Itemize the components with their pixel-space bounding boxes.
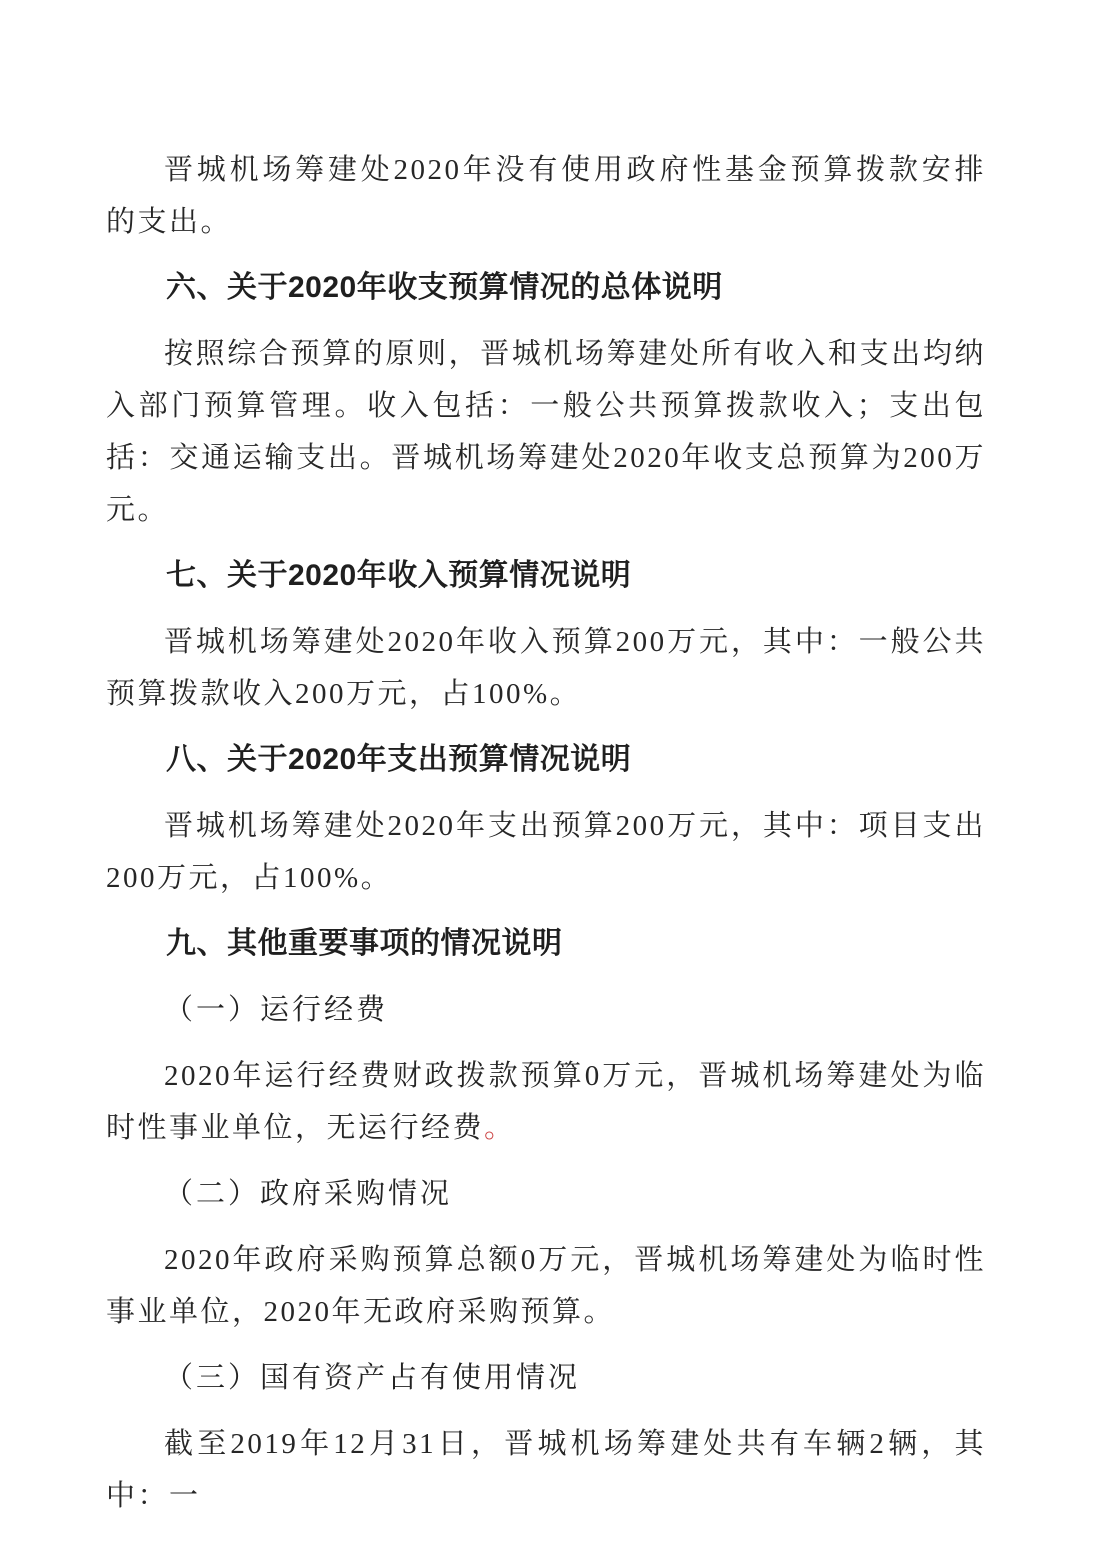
body-paragraph-operating-funds: 2020年运行经费财政拨款预算0万元，晋城机场筹建处为临时性事业单位，无运行经费… bbox=[106, 1050, 986, 1154]
body-paragraph-state-assets: 截至2019年12月31日，晋城机场筹建处共有车辆2辆，其中：一 bbox=[106, 1418, 986, 1522]
sub-heading-operating-funds: （一）运行经费 bbox=[106, 984, 986, 1036]
body-paragraph-government-procurement: 2020年政府采购预算总额0万元，晋城机场筹建处为临时性事业单位，2020年无政… bbox=[106, 1234, 986, 1338]
body-paragraph-expenditure-budget: 晋城机场筹建处2020年支出预算200万元，其中：项目支出200万元，占100%… bbox=[106, 800, 986, 904]
document-page: 晋城机场筹建处2020年没有使用政府性基金预算拨款安排的支出。 六、关于2020… bbox=[0, 0, 1100, 1555]
red-full-stop: 。 bbox=[484, 1112, 516, 1144]
section-heading-7: 七、关于2020年收入预算情况说明 bbox=[106, 550, 986, 602]
body-paragraph-gov-fund: 晋城机场筹建处2020年没有使用政府性基金预算拨款安排的支出。 bbox=[106, 144, 986, 248]
section-heading-6: 六、关于2020年收支预算情况的总体说明 bbox=[106, 262, 986, 314]
section-heading-8: 八、关于2020年支出预算情况说明 bbox=[106, 734, 986, 786]
section-heading-9: 九、其他重要事项的情况说明 bbox=[106, 918, 986, 970]
sub-heading-state-assets: （三）国有资产占有使用情况 bbox=[106, 1352, 986, 1404]
sub-heading-government-procurement: （二）政府采购情况 bbox=[106, 1168, 986, 1220]
body-paragraph-overall-budget: 按照综合预算的原则，晋城机场筹建处所有收入和支出均纳入部门预算管理。收入包括：一… bbox=[106, 328, 986, 536]
body-paragraph-income-budget: 晋城机场筹建处2020年收入预算200万元，其中：一般公共预算拨款收入200万元… bbox=[106, 616, 986, 720]
body-paragraph-operating-funds-text: 2020年运行经费财政拨款预算0万元，晋城机场筹建处为临时性事业单位，无运行经费 bbox=[106, 1060, 986, 1144]
